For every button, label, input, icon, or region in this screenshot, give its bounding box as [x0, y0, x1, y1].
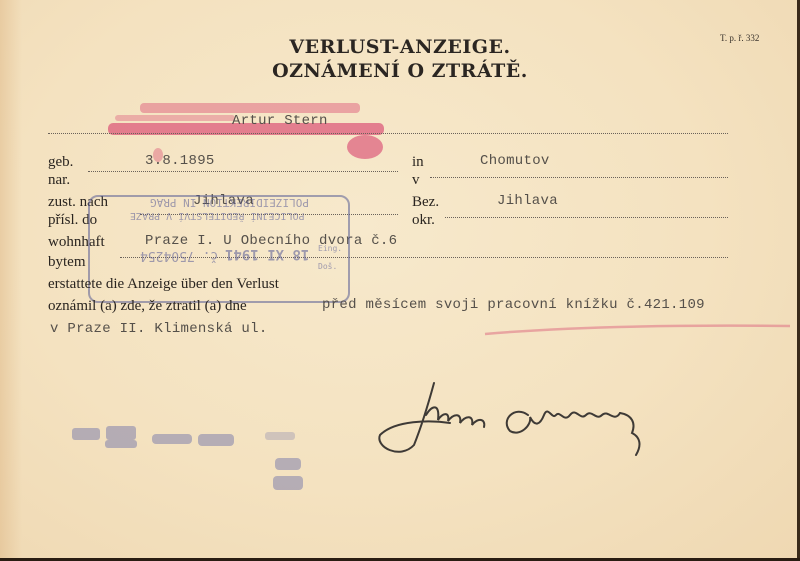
statement-value-2: v Praze II. Klimenská ul.: [50, 321, 268, 337]
stamp-line-2: POLICEJNÍ ŘEDITELSTVÍ V PRAZE: [130, 210, 305, 221]
place-label-de: in: [412, 154, 424, 170]
born-line: [88, 171, 398, 172]
title-german: VERLUST-ANZEIGE.: [0, 36, 800, 58]
stamp-prefix-bottom: Doš.: [318, 262, 337, 271]
born-label-de: geb.: [48, 154, 73, 170]
statement-value-1: před měsícem svoji pracovní knížku č.421…: [322, 297, 705, 313]
statement-label-de: erstattete die Anzeige über den Verlust: [48, 276, 279, 292]
birthplace-line: [430, 177, 728, 178]
stamp-line-1: POLIZEIDIREKTION IN PRAG: [150, 196, 309, 209]
document-page: T. p. ř. 332 VERLUST-ANZEIGE. OZNÁMENÍ O…: [0, 0, 800, 561]
title-czech: OZNÁMENÍ O ZTRÁTĚ.: [0, 60, 800, 82]
name-line: [48, 133, 728, 134]
signature: Stern Artur: [370, 375, 660, 475]
name-value: Artur Stern: [232, 113, 328, 129]
stamp-date: 18 XI 1941: [225, 246, 309, 262]
stamp-prefix-top: Eing.: [318, 244, 342, 253]
place-label-cs: v: [412, 172, 420, 188]
residence-label-cs: bytem: [48, 254, 86, 270]
district-value: Jihlava: [497, 193, 558, 209]
born-label-cs: nar.: [48, 172, 70, 188]
stamp-number: č. 7504254: [140, 248, 218, 263]
statement-label-cs: oznámil (a) zde, že ztratil (a) dne: [48, 298, 247, 314]
red-stamp-mark: [100, 95, 390, 175]
district-label-cs: okr.: [412, 212, 435, 228]
born-value: 3.8.1895: [145, 153, 215, 169]
faded-blue-stamp: [70, 420, 310, 500]
birthplace-value: Chomutov: [480, 153, 550, 169]
red-pencil-stroke: [480, 318, 800, 338]
district-line: [445, 217, 728, 218]
district-label-de: Bez.: [412, 194, 439, 210]
